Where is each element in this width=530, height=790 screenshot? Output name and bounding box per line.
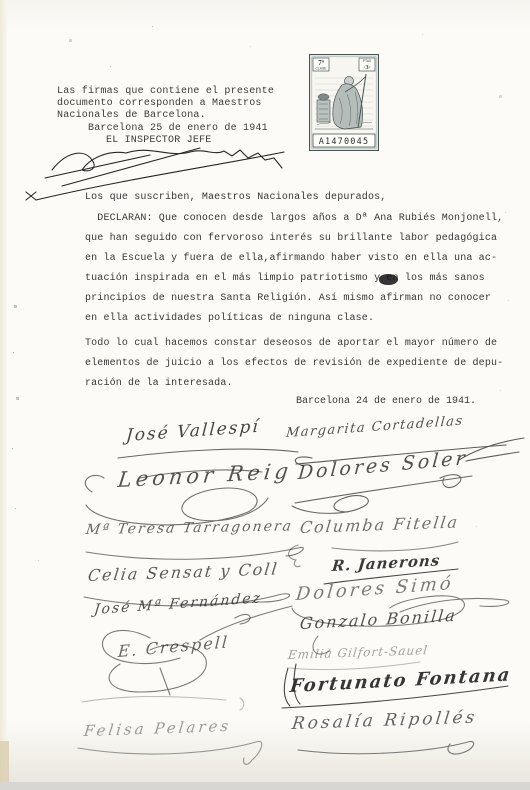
inspector-signature-stroke: [52, 150, 282, 171]
body-line: en la Escuela y fuera de ella,afirmando …: [85, 253, 497, 264]
signature-left-2: Leonor Reig: [117, 459, 294, 492]
signature-left-5: José Mª Fernández: [93, 590, 263, 618]
stamp-class-word: CLASE: [315, 67, 327, 71]
signature-right-3: Columba Fitella: [299, 512, 460, 537]
inspector-signature-cross: [62, 148, 200, 186]
stamp-value-box: PTAS ·3·: [359, 58, 375, 71]
stamp-class-box: 7ª CLASE: [313, 58, 329, 71]
sig-flourish-fitella: [332, 542, 458, 551]
inspector-title: EL INSPECTOR JEFE: [106, 135, 211, 146]
signature-right-9: Rosalía Ripollés: [291, 707, 479, 734]
sig-flourish-tarragonera: [86, 547, 303, 559]
certification-line: Las firmas que contiene el presente: [57, 86, 274, 97]
body-line: principios de nuestra Santa Religión. As…: [85, 293, 491, 304]
inspector-signature-mark: [26, 192, 36, 200]
signature-right-6: Gonzalo Bonilla: [299, 606, 458, 633]
sig-flourish-gilfort: [290, 662, 420, 670]
body-line: ración de la interesada.: [85, 378, 233, 389]
signature-right-7: Emilia Gilfort-Sauel: [287, 643, 429, 662]
signature-right-4: R. Janerons: [331, 551, 441, 575]
scanner-background-band: [0, 782, 530, 790]
certification-date: Barcelona 25 de enero de 1941: [88, 123, 268, 134]
signature-left-7: Felisa Pelares: [83, 717, 232, 740]
inspector-signature-cross: [45, 155, 150, 178]
body-line: Los que suscriben, Maestros Nacionales d…: [85, 192, 386, 203]
signature-right-8: Fortunato Fontana: [289, 664, 513, 697]
scan-corner-shadow: [0, 741, 9, 782]
sig-flourish-vallespi: [118, 449, 298, 458]
scanned-document-page: Las firmas que contiene el presente docu…: [0, 0, 530, 790]
scan-left-edge: [0, 0, 7, 790]
stray-ink-mark: [289, 545, 300, 567]
stamp-ptas-word: PTAS: [363, 59, 372, 63]
revenue-stamp: 7ª CLASE PTAS ·3·: [309, 54, 379, 151]
body-line: que han seguido con fervoroso interés su…: [85, 233, 497, 244]
certification-line: documento corresponden a Maestros: [57, 98, 262, 109]
body-line: DECLARAN: Que conocen desde largos años …: [85, 213, 503, 224]
scan-noise: [0, 0, 1, 1]
signature-right-1: Margarita Cortadellas: [285, 414, 464, 442]
sig-flourish-ripolles: [298, 741, 474, 754]
signature-left-4: Celia Sensat y Coll: [87, 559, 280, 585]
signature-right-2: Dolores Soler: [297, 447, 468, 484]
certification-line: Nacionales de Barcelona.: [57, 110, 206, 121]
signature-left-6: E. Crespell: [117, 632, 229, 661]
body-line: elementos de juicio a los efectos de rev…: [85, 358, 503, 369]
faint-signature: [82, 697, 244, 711]
signature-left-1: José Vallespí: [125, 417, 260, 447]
stamp-serial-box: A1470045: [313, 134, 375, 147]
sig-flourish-fernandez: [235, 614, 250, 624]
stamp-serial-number: A1470045: [319, 137, 370, 147]
body-line: tuación inspirada en el más limpio patri…: [85, 273, 485, 284]
body-line: en ella actividades políticas de ninguna…: [85, 313, 374, 324]
body-line: Todo lo cual hacemos constar deseosos de…: [85, 338, 497, 349]
signature-right-5: Dolores Simó: [295, 573, 455, 605]
body-date-line: Barcelona 24 de enero de 1941.: [296, 396, 476, 407]
signature-left-3: Mª Teresa Tarragonera: [85, 518, 294, 538]
stamp-ptas-value: ·3·: [363, 64, 371, 71]
sig-flourish-felisa: [78, 741, 262, 764]
